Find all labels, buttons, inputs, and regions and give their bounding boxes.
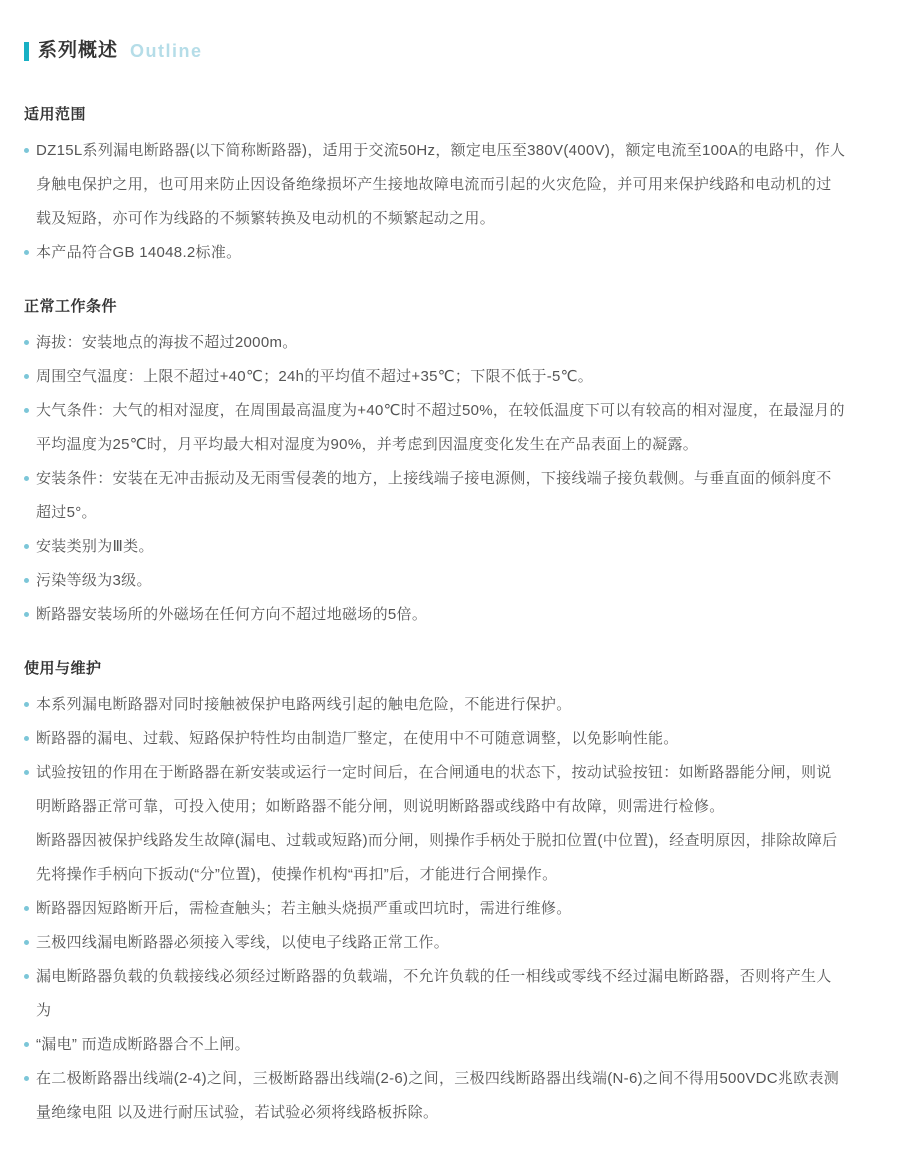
list-item: 本产品符合GB 14048.2标准。 xyxy=(24,236,846,270)
list-item: 断路器的漏电、过载、短路保护特性均由制造厂整定，在使用中不可随意调整，以免影响性… xyxy=(24,722,846,756)
bullet-icon xyxy=(24,974,29,979)
section-heading: 适用范围 xyxy=(24,98,846,132)
page: 系列概述 Outline 适用范围 DZ15L系列漏电断路器(以下简称断路器)，… xyxy=(0,0,900,1154)
section: 适用范围 DZ15L系列漏电断路器(以下简称断路器)，适用于交流50Hz，额定电… xyxy=(24,98,846,270)
list-item-text: 三极四线漏电断路器必须接入零线，以使电子线路正常工作。 xyxy=(36,934,449,951)
page-subtitle: Outline xyxy=(130,41,203,62)
list-item: 断路器因短路断开后，需检查触头；若主触头烧损严重或凹坑时，需进行维修。 xyxy=(24,892,846,926)
bullet-icon xyxy=(24,736,29,741)
bullet-icon xyxy=(24,906,29,911)
bullet-icon xyxy=(24,1042,29,1047)
list-item: 在二极断路器出线端(2-4)之间，三极断路器出线端(2-6)之间，三极四线断路器… xyxy=(24,1062,846,1130)
list-item-text: 漏电断路器负载的负载接线必须经过断路器的负载端，不允许负载的任一相线或零线不经过… xyxy=(36,968,832,1019)
list-item-text: DZ15L系列漏电断路器(以下简称断路器)，适用于交流50Hz，额定电压至380… xyxy=(36,142,845,227)
section-heading: 正常工作条件 xyxy=(24,290,846,324)
list-item-text: “漏电” 而造成断路器合不上闸。 xyxy=(36,1036,250,1053)
bullet-icon xyxy=(24,374,29,379)
bullet-icon xyxy=(24,702,29,707)
list-item-text: 断路器的漏电、过载、短路保护特性均由制造厂整定，在使用中不可随意调整，以免影响性… xyxy=(36,730,679,747)
bullet-icon xyxy=(24,408,29,413)
list-item-text: 在二极断路器出线端(2-4)之间，三极断路器出线端(2-6)之间，三极四线断路器… xyxy=(36,1070,839,1121)
bullet-icon xyxy=(24,578,29,583)
list-item-text: 断路器因被保护线路发生故障(漏电、过载或短路)而分闸，则操作手柄处于脱扣位置(中… xyxy=(36,832,838,883)
list-item-text: 断路器因短路断开后，需检查触头；若主触头烧损严重或凹坑时，需进行维修。 xyxy=(36,900,572,917)
list-item: 漏电断路器负载的负载接线必须经过断路器的负载端，不允许负载的任一相线或零线不经过… xyxy=(24,960,846,1028)
list-item-text: 安装条件：安装在无冲击振动及无雨雪侵袭的地方，上接线端子接电源侧，下接线端子接负… xyxy=(36,470,832,521)
bullet-icon xyxy=(24,770,29,775)
section-list: 本系列漏电断路器对同时接触被保护电路两线引起的触电危险，不能进行保护。 断路器的… xyxy=(24,688,846,1130)
bullet-icon xyxy=(24,1076,29,1081)
list-item: DZ15L系列漏电断路器(以下简称断路器)，适用于交流50Hz，额定电压至380… xyxy=(24,134,846,236)
page-title: 系列概述 xyxy=(38,40,118,62)
bullet-icon xyxy=(24,544,29,549)
bullet-icon xyxy=(24,476,29,481)
list-item-text: 污染等级为3级。 xyxy=(36,572,152,589)
list-item: 本系列漏电断路器对同时接触被保护电路两线引起的触电危险，不能进行保护。 xyxy=(24,688,846,722)
bullet-icon xyxy=(24,340,29,345)
list-item: 断路器安装场所的外磁场在任何方向不超过地磁场的5倍。 xyxy=(24,598,846,632)
list-item: 污染等级为3级。 xyxy=(24,564,846,598)
list-item-text: 本系列漏电断路器对同时接触被保护电路两线引起的触电危险，不能进行保护。 xyxy=(36,696,572,713)
list-item: 安装条件：安装在无冲击振动及无雨雪侵袭的地方，上接线端子接电源侧，下接线端子接负… xyxy=(24,462,846,530)
list-item-text: 试验按钮的作用在于断路器在新安装或运行一定时间后，在合闸通电的状态下，按动试验按… xyxy=(36,764,832,815)
accent-bar-icon xyxy=(24,42,29,61)
list-item-text: 断路器安装场所的外磁场在任何方向不超过地磁场的5倍。 xyxy=(36,606,427,623)
bullet-icon xyxy=(24,612,29,617)
bullet-icon xyxy=(24,250,29,255)
list-item: 试验按钮的作用在于断路器在新安装或运行一定时间后，在合闸通电的状态下，按动试验按… xyxy=(24,756,846,824)
list-item: 大气条件：大气的相对湿度，在周围最高温度为+40℃时不超过50%，在较低温度下可… xyxy=(24,394,846,462)
list-item: 周围空气温度：上限不超过+40℃；24h的平均值不超过+35℃；下限不低于-5℃… xyxy=(24,360,846,394)
list-item: “漏电” 而造成断路器合不上闸。 xyxy=(24,1028,846,1062)
list-item-text: 周围空气温度：上限不超过+40℃；24h的平均值不超过+35℃；下限不低于-5℃… xyxy=(36,368,593,385)
page-header: 系列概述 Outline xyxy=(24,40,846,62)
list-item-text: 大气条件：大气的相对湿度，在周围最高温度为+40℃时不超过50%，在较低温度下可… xyxy=(36,402,845,453)
bullet-icon xyxy=(24,148,29,153)
bullet-icon xyxy=(24,940,29,945)
document-body: 适用范围 DZ15L系列漏电断路器(以下简称断路器)，适用于交流50Hz，额定电… xyxy=(24,98,846,1130)
section: 正常工作条件 海拔：安装地点的海拔不超过2000m。 周围空气温度：上限不超过+… xyxy=(24,290,846,632)
section-heading: 使用与维护 xyxy=(24,652,846,686)
section: 使用与维护 本系列漏电断路器对同时接触被保护电路两线引起的触电危险，不能进行保护… xyxy=(24,652,846,1130)
list-item-text: 安装类别为Ⅲ类。 xyxy=(36,538,154,555)
list-item: 安装类别为Ⅲ类。 xyxy=(24,530,846,564)
section-list: DZ15L系列漏电断路器(以下简称断路器)，适用于交流50Hz，额定电压至380… xyxy=(24,134,846,270)
list-item-text: 本产品符合GB 14048.2标准。 xyxy=(36,244,241,261)
section-list: 海拔：安装地点的海拔不超过2000m。 周围空气温度：上限不超过+40℃；24h… xyxy=(24,326,846,632)
list-item: 三极四线漏电断路器必须接入零线，以使电子线路正常工作。 xyxy=(24,926,846,960)
list-item: 断路器因被保护线路发生故障(漏电、过载或短路)而分闸，则操作手柄处于脱扣位置(中… xyxy=(24,824,846,892)
list-item: 海拔：安装地点的海拔不超过2000m。 xyxy=(24,326,846,360)
list-item-text: 海拔：安装地点的海拔不超过2000m。 xyxy=(36,334,298,351)
